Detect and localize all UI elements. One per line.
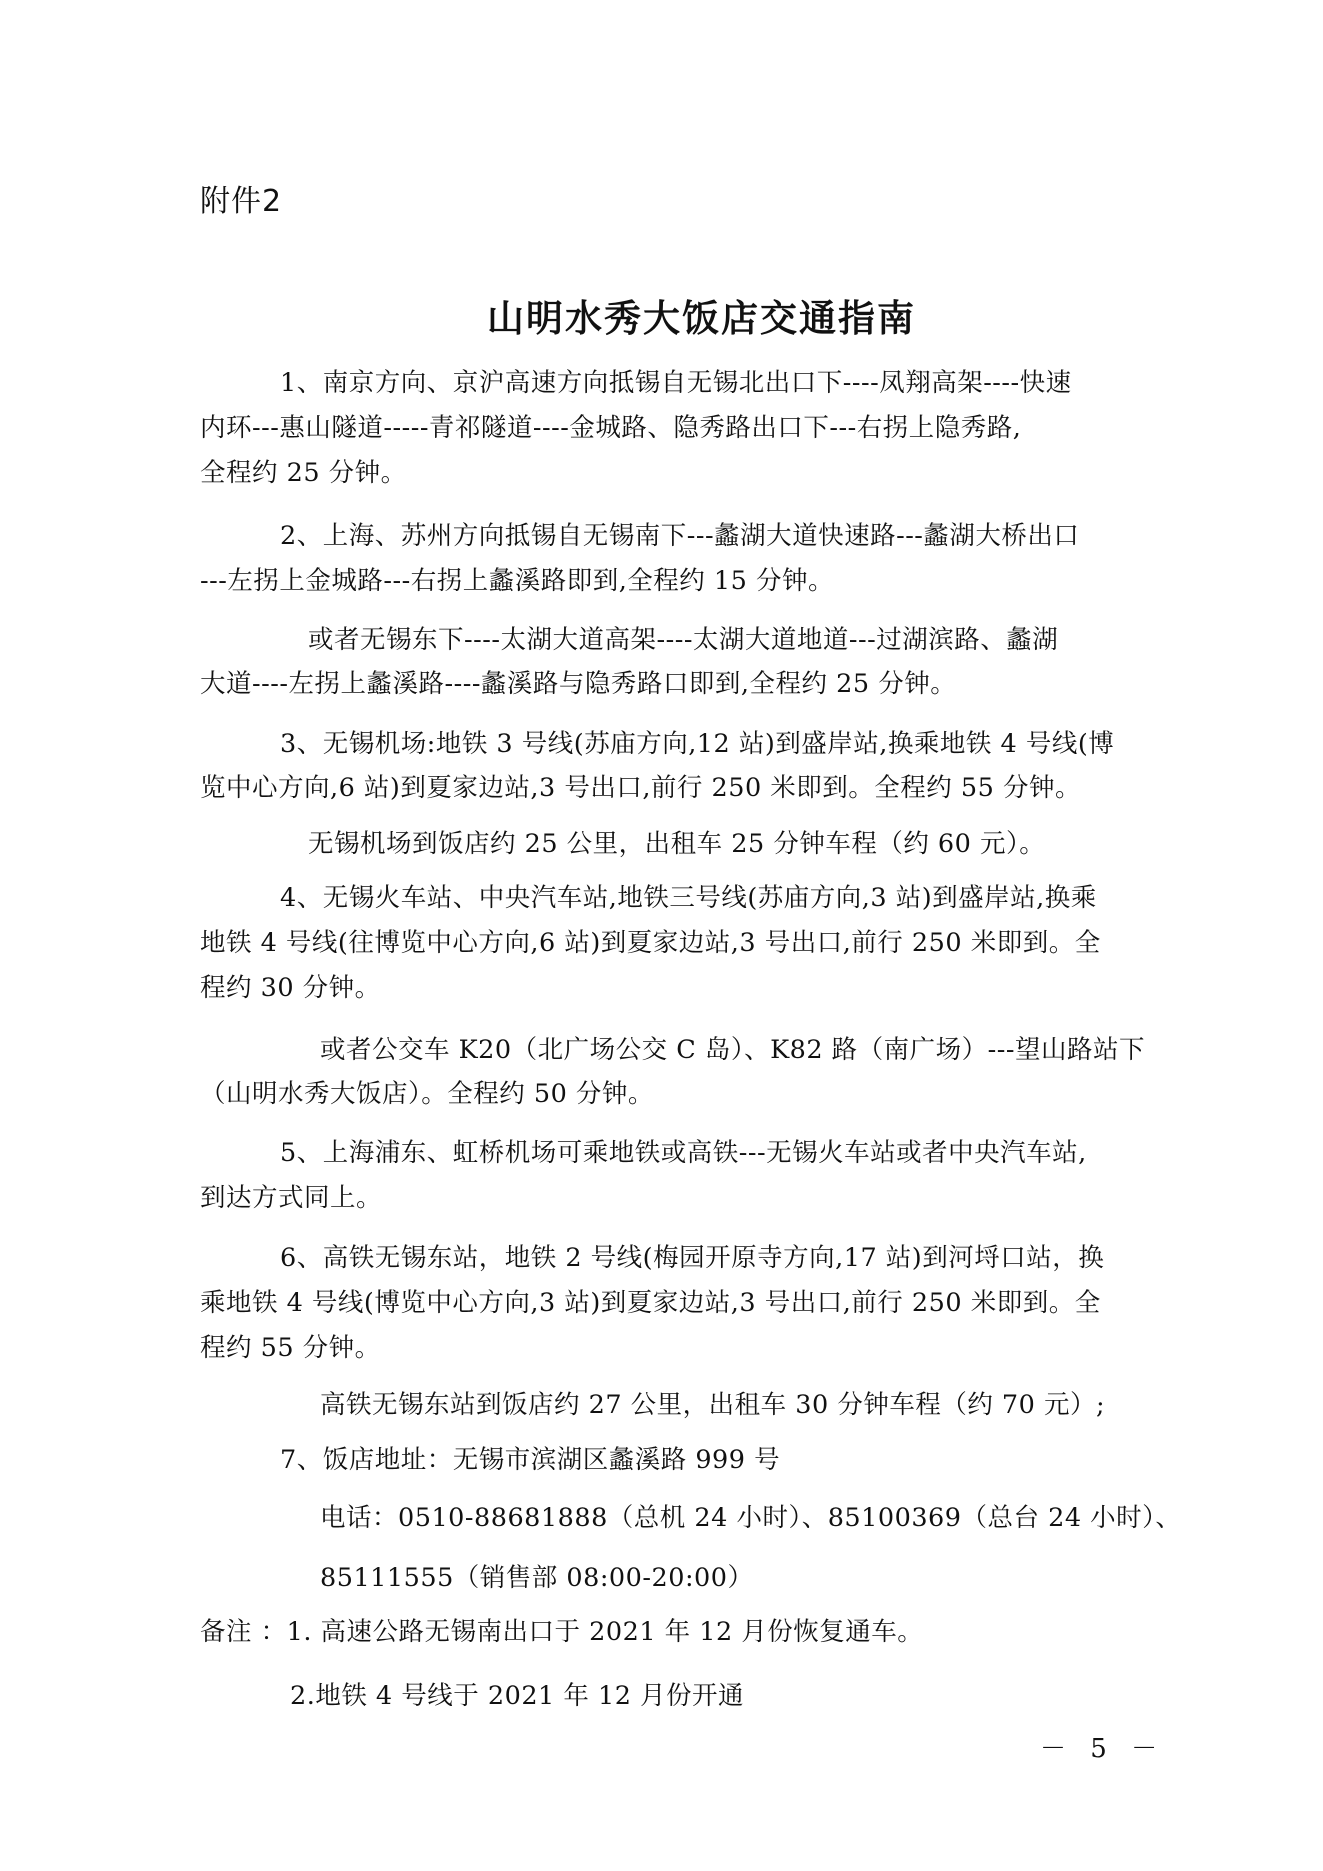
section-1-line-3: 全程约 25 分钟。 [200, 455, 407, 491]
section-6b-line-1: 高铁无锡东站到饭店约 27 公里，出租车 30 分钟车程（约 70 元）; [320, 1387, 1105, 1423]
section-3-line-1: 3、无锡机场:地铁 3 号线(苏庙方向,12 站)到盛岸站,换乘地铁 4 号线(… [280, 726, 1114, 762]
attachment-label: 附件2 [200, 176, 282, 220]
section-6-line-3: 程约 55 分钟。 [200, 1330, 381, 1366]
section-1-line-1: 1、南京方向、京沪高速方向抵锡自无锡北出口下----凤翔高架----快速 [280, 365, 1072, 401]
section-7-address: 7、饭店地址：无锡市滨湖区蠡溪路 999 号 [280, 1442, 780, 1478]
section-5-line-1: 5、上海浦东、虹桥机场可乘地铁或高铁---无锡火车站或者中央汽车站, [280, 1135, 1087, 1171]
section-3b-line-1: 无锡机场到饭店约 25 公里，出租车 25 分钟车程（约 60 元）。 [308, 826, 1045, 862]
section-7-phone-line-1: 电话：0510-88681888（总机 24 小时）、85100369（总台 2… [320, 1500, 1181, 1536]
note-1: 备注 ：1. 高速公路无锡南出口于 2021 年 12 月份恢复通车。 [200, 1614, 923, 1650]
section-4b-line-2: （山明水秀大饭店）。全程约 50 分钟。 [200, 1076, 654, 1112]
section-3-line-2: 览中心方向,6 站)到夏家边站,3 号出口,前行 250 米即到。全程约 55 … [200, 770, 1081, 806]
section-4-line-1: 4、无锡火车站、中央汽车站,地铁三号线(苏庙方向,3 站)到盛岸站,换乘 [280, 880, 1097, 916]
note-2: 2.地铁 4 号线于 2021 年 12 月份开通 [290, 1678, 744, 1714]
section-2b-line-2: 大道----左拐上蠡溪路----蠡溪路与隐秀路口即到,全程约 25 分钟。 [200, 666, 956, 702]
document-page: 附件2 山明水秀大饭店交通指南 1、南京方向、京沪高速方向抵锡自无锡北出口下--… [0, 0, 1323, 1871]
section-5-line-2: 到达方式同上。 [200, 1180, 382, 1216]
section-2-line-1: 2、上海、苏州方向抵锡自无锡南下---蠡湖大道快速路---蠡湖大桥出口 [280, 518, 1079, 554]
section-2-line-2: ---左拐上金城路---右拐上蠡溪路即到,全程约 15 分钟。 [200, 563, 834, 599]
section-7-phone-line-2: 85111555（销售部 08:00-20:00） [320, 1560, 754, 1596]
document-title: 山明水秀大饭店交通指南 [0, 288, 1323, 342]
page-number: － 5 － [1040, 1728, 1165, 1765]
section-6-line-2: 乘地铁 4 号线(博览中心方向,3 站)到夏家边站,3 号出口,前行 250 米… [200, 1285, 1101, 1321]
section-6-line-1: 6、高铁无锡东站，地铁 2 号线(梅园开原寺方向,17 站)到河埒口站，换 [280, 1240, 1104, 1276]
section-1-line-2: 内环---惠山隧道-----青祁隧道----金城路、隐秀路出口下---右拐上隐秀… [200, 410, 1021, 446]
section-4b-line-1: 或者公交车 K20（北广场公交 C 岛）、K82 路（南广场）---望山路站下 [320, 1032, 1145, 1068]
section-4-line-3: 程约 30 分钟。 [200, 970, 381, 1006]
section-4-line-2: 地铁 4 号线(往博览中心方向,6 站)到夏家边站,3 号出口,前行 250 米… [200, 925, 1101, 961]
section-2b-line-1: 或者无锡东下----太湖大道高架----太湖大道地道---过湖滨路、蠡湖 [308, 622, 1058, 658]
